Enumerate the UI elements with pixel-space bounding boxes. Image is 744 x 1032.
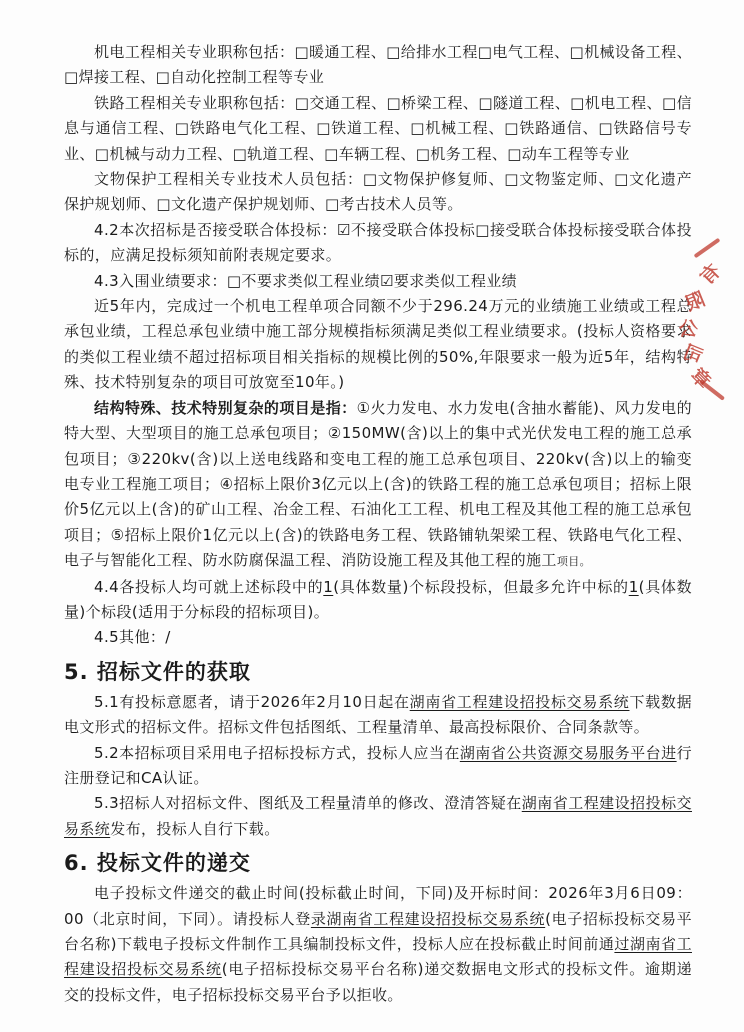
paragraph: 4.4各投标人均可就上述标段中的1(具体数量)个标段投标，但最多允许中标的1(具… — [64, 575, 692, 626]
paragraph: 4.2本次招标是否接受联合体投标：☑不接受联合体投标□接受联合体投标接受联合体投… — [64, 218, 692, 269]
text-segment: 5.1有投标意愿者，请于2026年2月10日起在 — [94, 693, 410, 711]
stamp-arc-bottom — [699, 379, 725, 401]
text-segment: 5. 招标文件的获取 — [64, 660, 251, 684]
text-segment: 5.3招标人对招标文件、图纸及工程量清单的修改、澄清答疑在 — [94, 794, 522, 812]
text-segment: 近5年内，完成过一个机电工程单项合同额不少于296.24万元的业绩施工业绩或工程… — [64, 297, 692, 391]
document-body: 机电工程相关专业职称包括：□暖通工程、□给排水工程□电气工程、□机械设备工程、□… — [64, 40, 692, 1008]
text-segment: 1 — [323, 578, 333, 596]
text-segment: 4.2本次招标是否接受联合体投标：☑不接受联合体投标□接受联合体投标接受联合体投… — [64, 221, 692, 264]
text-segment: 发布，投标人自行下载。 — [110, 820, 279, 838]
paragraph: 5.1有投标意愿者，请于2026年2月10日起在湖南省工程建设招投标交易系统下载… — [64, 690, 692, 741]
text-segment: 4.5其他：/ — [94, 628, 171, 646]
section-heading: 6. 投标文件的递交 — [64, 849, 692, 878]
text-segment: 机电工程相关专业职称包括：□暖通工程、□给排水工程□电气工程、□机械设备工程、□… — [64, 43, 692, 86]
text-segment: 6. 投标文件的递交 — [64, 851, 251, 875]
stamp-arc-top — [694, 238, 721, 258]
paragraph: 5.3招标人对招标文件、图纸及工程量清单的修改、澄清答疑在湖南省工程建设招投标交… — [64, 791, 692, 842]
section-heading: 5. 招标文件的获取 — [64, 658, 692, 687]
stamp-char: 有 — [693, 257, 726, 290]
paragraph: 4.3入围业绩要求：□不要求类似工程业绩☑要求类似工程业绩 — [64, 269, 692, 294]
text-segment: (具体数量)个标段投标，但最多允许中标的 — [333, 578, 628, 596]
paragraph: 5.2本招标项目采用电子招标投标方式，投标人应当在湖南省公共资源交易服务平台进行… — [64, 741, 692, 792]
paragraph: 4.5其他：/ — [64, 625, 692, 650]
text-segment: 录湖南省工程建设招投标交易系统 — [311, 910, 545, 928]
text-segment: 铁路工程相关专业职称包括：□交通工程、□桥梁工程、□隧道工程、□机电工程、□信息… — [64, 94, 692, 163]
text-segment: 湖南省工程建设招投标交易系统 — [410, 693, 630, 711]
paragraph: 近5年内，完成过一个机电工程单项合同额不少于296.24万元的业绩施工业绩或工程… — [64, 294, 692, 396]
paragraph: 文物保护工程相关专业技术人员包括：□文物保护修复师、□文物鉴定师、□文化遗产保护… — [64, 167, 692, 218]
text-segment: 文物保护工程相关专业技术人员包括：□文物保护修复师、□文物鉴定师、□文化遗产保护… — [64, 170, 692, 213]
text-segment: 4.3入围业绩要求：□不要求类似工程业绩☑要求类似工程业绩 — [94, 272, 517, 290]
text-segment: 湖南省公共资源交易服务平台进 — [460, 744, 677, 762]
paragraph: 电子投标文件递交的截止时间(投标截止时间，下同)及开标时间：2026年3月6日0… — [64, 881, 692, 1008]
text-segment: 4.4各投标人均可就上述标段中的 — [94, 578, 323, 596]
document-page: 机电工程相关专业职称包括：□暖通工程、□给排水工程□电气工程、□机械设备工程、□… — [0, 0, 744, 1032]
paragraph: 铁路工程相关专业职称包括：□交通工程、□桥梁工程、□隧道工程、□机电工程、□信息… — [64, 91, 692, 167]
paragraph: 机电工程相关专业职称包括：□暖通工程、□给排水工程□电气工程、□机械设备工程、□… — [64, 40, 692, 91]
text-segment: 5.2本招标项目采用电子招标投标方式，投标人应当在 — [94, 744, 460, 762]
text-segment: 1 — [629, 578, 639, 596]
text-segment: ①火力发电、水力发电(含抽水蓄能)、风力发电的特大型、大型项目的施工总承包项目；… — [64, 399, 692, 569]
paragraph: 结构特殊、技术特别复杂的项目是指：①火力发电、水力发电(含抽水蓄能)、风力发电的… — [64, 396, 692, 575]
text-segment: 项目。 — [557, 555, 591, 568]
text-segment: 结构特殊、技术特别复杂的项目是指： — [94, 399, 357, 417]
